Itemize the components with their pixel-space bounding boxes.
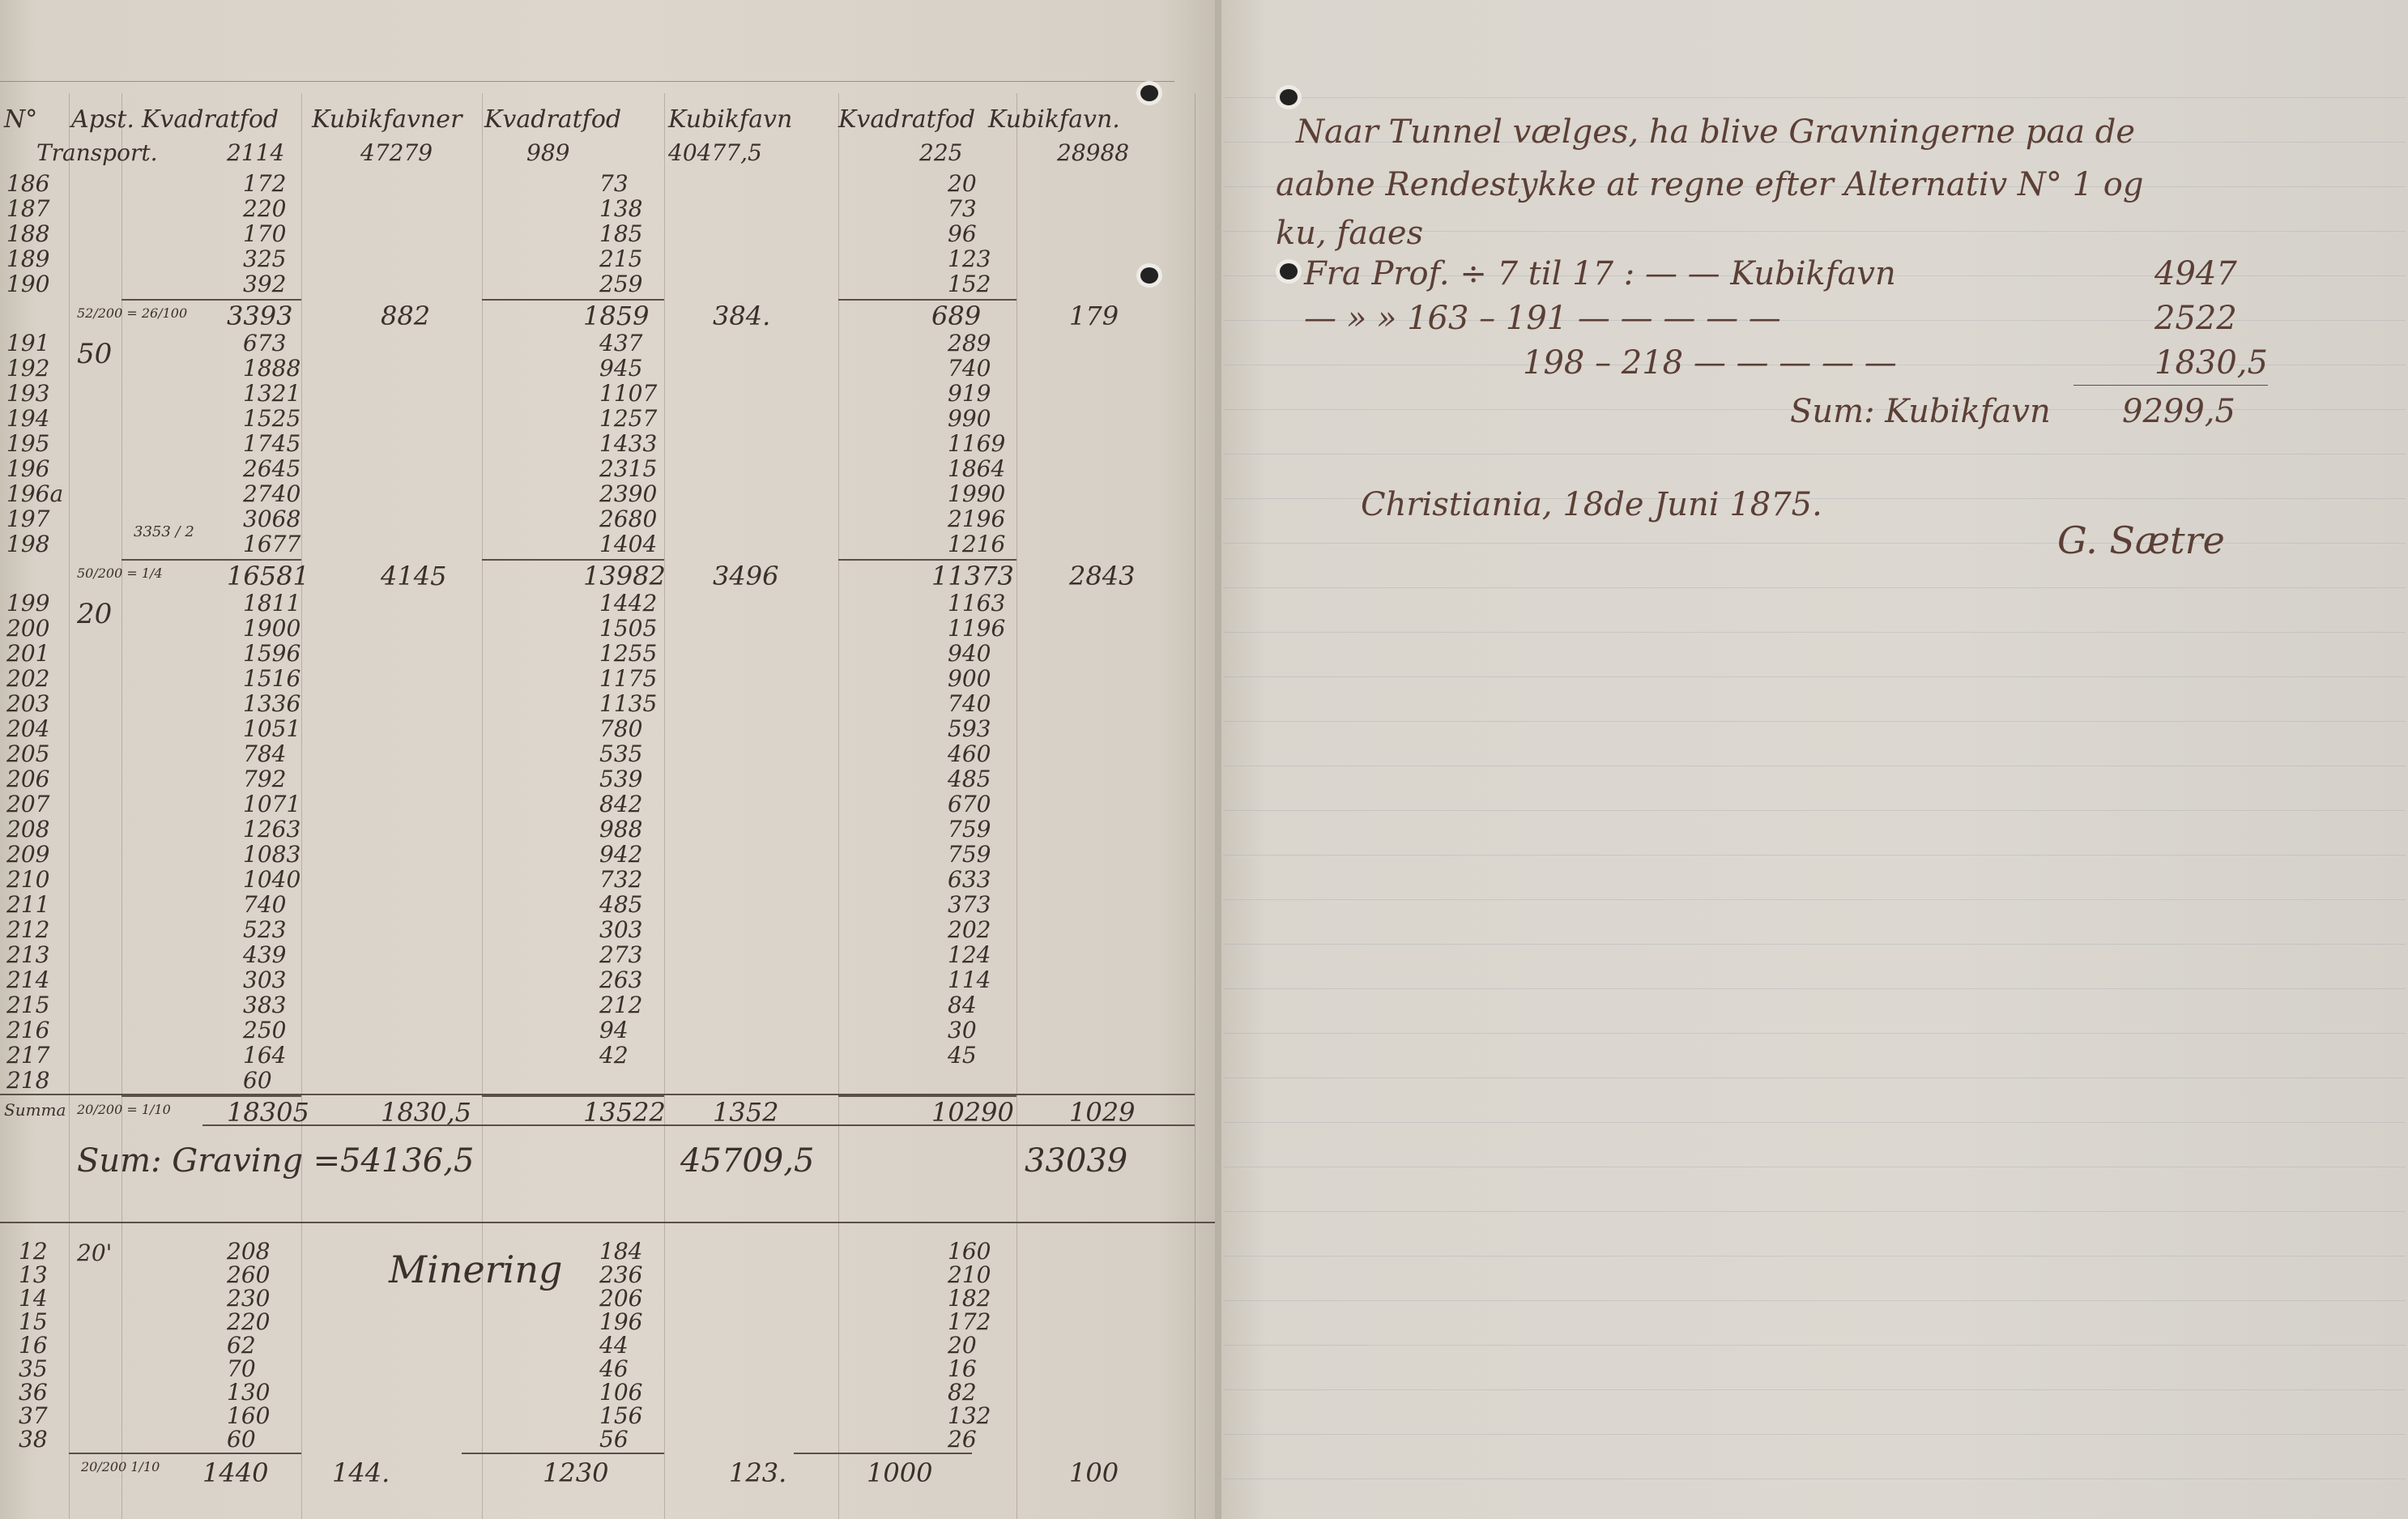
kvadratfod-1-value: 439 — [243, 941, 286, 968]
kvadratfod-1-value: 250 — [243, 1017, 286, 1043]
punch-hole — [1280, 263, 1298, 279]
kvadratfod-1-value: 383 — [243, 992, 286, 1018]
volume-line-1-label: Fra Prof. ÷ 7 til 17 : — — Kubikfavn — [1304, 255, 1896, 292]
kvadratfod-3-value: 45 — [948, 1042, 977, 1069]
header-kubikfavn-2: Kubikfavn — [668, 105, 792, 134]
kvadratfod-1-value: 784 — [243, 740, 286, 767]
header-kvadratfod-1: Kvadratfod — [142, 105, 279, 134]
sum-kubik-2: 3496 — [713, 561, 778, 591]
kvadratfod-2-value: 437 — [599, 330, 642, 356]
kvadratfod-2-value: 259 — [599, 271, 642, 297]
ruled-line — [1223, 1389, 2406, 1390]
kvadratfod-2-value: 945 — [599, 355, 642, 382]
row-number: 196 — [6, 455, 49, 482]
row-number: 204 — [6, 715, 49, 742]
kvadratfod-3-value: 1864 — [948, 455, 1005, 482]
kvadratfod-1-value: 1083 — [243, 841, 300, 868]
kvadratfod-3-value: 1163 — [948, 590, 1005, 617]
kvadratfod-1-value: 1071 — [243, 791, 300, 817]
kvadratfod-1-value: 792 — [243, 766, 286, 792]
total-label: Sum: Kubikfavn — [1790, 393, 2051, 430]
sum-rule — [2073, 385, 2268, 386]
punch-hole — [1280, 89, 1298, 105]
transport-kvadratfod-1: 2114 — [227, 139, 284, 166]
ruled-line — [1223, 676, 2406, 677]
kvadratfod-2-value: 2680 — [599, 506, 657, 532]
kvadratfod-2-value: 535 — [599, 740, 642, 767]
row-number: 191 — [6, 330, 49, 356]
sum-kubik-1: 4145 — [381, 561, 446, 591]
kvadratfod-1-value: 740 — [243, 891, 286, 918]
header-apst: Apst. — [71, 105, 134, 134]
volume-line-1-value: 4947 — [2154, 255, 2237, 292]
ruled-line — [1223, 1434, 2406, 1435]
kvadratfod-3-value: 759 — [948, 816, 991, 843]
sum-kvadratfod-2: 1230 — [543, 1457, 608, 1488]
kvadratfod-1-value: 172 — [243, 170, 286, 197]
sum-kubik-2: 123. — [729, 1457, 786, 1488]
kvadratfod-1-value: 303 — [243, 966, 286, 993]
row-number: 189 — [6, 245, 49, 272]
kvadratfod-1-value: 1051 — [243, 715, 300, 742]
ruled-line — [1223, 944, 2406, 945]
sum-kvadratfod-3: 1000 — [867, 1457, 932, 1488]
kvadratfod-2-value: 1175 — [599, 665, 657, 692]
column-rule — [664, 93, 665, 1519]
kvadratfod-3-value: 30 — [948, 1017, 977, 1043]
row-number: 195 — [6, 430, 49, 457]
kvadratfod-2-value: 1442 — [599, 590, 657, 617]
kvadratfod-1-value: 220 — [243, 195, 286, 222]
apst-value: 20' — [77, 1240, 112, 1266]
volume-line-3-label: 198 – 218 — — — — — — [1523, 344, 1897, 382]
kvadratfod-1-value: 673 — [243, 330, 286, 356]
kvadratfod-2-value: 185 — [599, 220, 642, 247]
kvadratfod-2-value: 485 — [599, 891, 642, 918]
kvadratfod-3-value: 460 — [948, 740, 991, 767]
kvadratfod-2-value: 1107 — [599, 380, 657, 407]
kvadratfod-3-value: 990 — [948, 405, 991, 432]
kvadratfod-1-value: 1525 — [243, 405, 300, 432]
note-line-3: ku, faaes — [1276, 215, 1423, 252]
row-number: 211 — [6, 891, 49, 918]
ruled-line — [1223, 810, 2406, 811]
ruled-line — [1223, 1167, 2406, 1167]
kvadratfod-3-value: 940 — [948, 640, 991, 667]
row-number: 202 — [6, 665, 49, 692]
row-number: 198 — [6, 531, 49, 557]
note-line-1: Naar Tunnel vælges, ha blive Gravningern… — [1296, 113, 2135, 151]
sum-graving-value-3: 33039 — [1025, 1142, 1127, 1180]
row-number: 210 — [6, 866, 49, 893]
kvadratfod-2-value: 42 — [599, 1042, 629, 1069]
side-note: 3353 / 2 — [134, 523, 194, 540]
kvadratfod-3-value: 1196 — [948, 615, 1005, 642]
volume-line-2-label: — » » 163 – 191 — — — — — — [1304, 300, 1781, 337]
kvadratfod-3-value: 202 — [948, 916, 991, 943]
ruled-line — [1223, 899, 2406, 900]
row-number: 187 — [6, 195, 49, 222]
kvadratfod-3-value: 740 — [948, 355, 991, 382]
header-kvadratfod-3: Kvadratfod — [838, 105, 975, 134]
kvadratfod-3-value: 114 — [948, 966, 991, 993]
row-number: 205 — [6, 740, 49, 767]
sum-kvadratfod-3: 11373 — [931, 561, 1014, 591]
punch-hole — [1140, 85, 1158, 101]
kvadratfod-3-value: 289 — [948, 330, 991, 356]
kvadratfod-1-value: 1516 — [243, 665, 300, 692]
sum-kvadratfod-1: 3393 — [227, 301, 292, 331]
ruled-line — [1223, 721, 2406, 722]
sum-kvadratfod-1: 1440 — [202, 1457, 268, 1488]
ruled-line — [1223, 1211, 2406, 1212]
kvadratfod-2-value: 780 — [599, 715, 642, 742]
sum-kvadratfod-3: 10290 — [931, 1097, 1014, 1128]
kvadratfod-3-value: 633 — [948, 866, 991, 893]
minering-title: Minering — [389, 1248, 562, 1291]
kvadratfod-2-value: 56 — [599, 1426, 629, 1453]
kvadratfod-2-value: 94 — [599, 1017, 629, 1043]
total-value: 9299,5 — [2122, 393, 2235, 430]
sum-rule — [794, 1453, 972, 1454]
kvadratfod-2-value: 273 — [599, 941, 642, 968]
header-kubikfavn-3: Kubikfavn. — [988, 105, 1120, 134]
row-number: 208 — [6, 816, 49, 843]
kvadratfod-1-value: 2645 — [243, 455, 300, 482]
volume-line-2-value: 2522 — [2154, 300, 2237, 337]
sum-graving-label: Sum: Graving = — [77, 1142, 340, 1180]
row-number: 194 — [6, 405, 49, 432]
sum-kubik-3: 179 — [1069, 301, 1119, 331]
kvadratfod-1-value: 170 — [243, 220, 286, 247]
ruled-line — [1223, 1300, 2406, 1301]
factor-note: 20/200 = 1/10 — [77, 1102, 171, 1117]
ruled-line — [1223, 1345, 2406, 1346]
volume-line-3-value: 1830,5 — [2154, 344, 2268, 382]
kvadratfod-3-value: 124 — [948, 941, 991, 968]
kvadratfod-3-value: 759 — [948, 841, 991, 868]
kvadratfod-2-value: 842 — [599, 791, 642, 817]
kvadratfod-2-value: 539 — [599, 766, 642, 792]
kvadratfod-2-value: 1433 — [599, 430, 657, 457]
transport-kubik-1: 47279 — [360, 139, 433, 166]
ruled-line — [1223, 454, 2406, 454]
kvadratfod-3-value: 900 — [948, 665, 991, 692]
factor-note: 50/200 = 1/4 — [77, 565, 163, 581]
row-number: 206 — [6, 766, 49, 792]
sum-kvadratfod-3: 689 — [931, 301, 981, 331]
row-number: 207 — [6, 791, 49, 817]
ruled-line — [1223, 1256, 2406, 1257]
kvadratfod-1-value: 1321 — [243, 380, 300, 407]
kvadratfod-3-value: 2196 — [948, 506, 1005, 532]
kvadratfod-3-value: 73 — [948, 195, 977, 222]
row-number: 196a — [6, 480, 63, 507]
kvadratfod-2-value: 1505 — [599, 615, 657, 642]
kvadratfod-1-value: 392 — [243, 271, 286, 297]
row-number: 209 — [6, 841, 49, 868]
factor-note: 52/200 = 26/100 — [77, 305, 187, 321]
row-number: 216 — [6, 1017, 49, 1043]
column-rule — [69, 93, 70, 1519]
kvadratfod-2-value: 1404 — [599, 531, 657, 557]
place-date: Christiania, 18de Juni 1875. — [1361, 486, 1822, 523]
kvadratfod-2-value: 732 — [599, 866, 642, 893]
sum-kubik-2: 1352 — [713, 1097, 778, 1128]
sum-kvadratfod-2: 13522 — [583, 1097, 666, 1128]
kvadratfod-2-value: 73 — [599, 170, 629, 197]
column-rule — [482, 93, 483, 1519]
kvadratfod-2-value: 215 — [599, 245, 642, 272]
kvadratfod-3-value: 20 — [948, 170, 977, 197]
kvadratfod-3-value: 593 — [948, 715, 991, 742]
kvadratfod-1-value: 164 — [243, 1042, 286, 1069]
kvadratfod-2-value: 1255 — [599, 640, 657, 667]
row-number: 192 — [6, 355, 49, 382]
sum-kvadratfod-2: 13982 — [583, 561, 666, 591]
kvadratfod-2-value: 942 — [599, 841, 642, 868]
row-number: 190 — [6, 271, 49, 297]
minering-top-rule — [0, 1222, 1215, 1223]
ruled-line — [1223, 1077, 2406, 1078]
kvadratfod-3-value: 96 — [948, 220, 977, 247]
kvadratfod-1-value: 1888 — [243, 355, 300, 382]
kvadratfod-2-value: 212 — [599, 992, 642, 1018]
ruled-line — [1223, 988, 2406, 989]
punch-hole — [1140, 267, 1158, 284]
kvadratfod-1-value: 3068 — [243, 506, 300, 532]
transport-kvadratfod-3: 225 — [919, 139, 962, 166]
kvadratfod-1-value: 325 — [243, 245, 286, 272]
factor-note: 20/200 1/10 — [81, 1459, 160, 1474]
sum-kvadratfod-1: 18305 — [227, 1097, 309, 1128]
apst-value: 50 — [77, 338, 112, 370]
header-kvadratfod-2: Kvadratfod — [484, 105, 621, 134]
kvadratfod-1-value: 1336 — [243, 690, 300, 717]
kvadratfod-3-value: 1216 — [948, 531, 1005, 557]
transport-label: Transport. — [36, 139, 157, 166]
sum-kubik-3: 2843 — [1069, 561, 1135, 591]
kvadratfod-1-value: 60 — [243, 1067, 272, 1094]
summa-double-rule — [202, 1124, 1195, 1126]
sum-kubik-2: 384. — [713, 301, 770, 331]
sum-kvadratfod-1: 16581 — [227, 561, 309, 591]
kvadratfod-2-value: 988 — [599, 816, 642, 843]
kvadratfod-2-value: 2315 — [599, 455, 657, 482]
column-rule — [1195, 93, 1195, 1519]
row-number: 218 — [6, 1067, 49, 1094]
ruled-line — [1223, 97, 2406, 98]
kvadratfod-3-value: 152 — [948, 271, 991, 297]
kvadratfod-2-value: 303 — [599, 916, 642, 943]
row-number: 38 — [19, 1426, 48, 1453]
kvadratfod-2-value: 1135 — [599, 690, 657, 717]
sum-rule — [462, 1453, 664, 1454]
ruled-line — [1223, 1033, 2406, 1034]
kvadratfod-2-value: 2390 — [599, 480, 657, 507]
header-top-rule — [0, 81, 1174, 82]
summa-label: Summa — [4, 1100, 66, 1120]
kvadratfod-2-value: 1257 — [599, 405, 657, 432]
sum-graving-value-1: 54136,5 — [340, 1142, 474, 1180]
row-number: 213 — [6, 941, 49, 968]
kvadratfod-3-value: 373 — [948, 891, 991, 918]
kvadratfod-3-value: 123 — [948, 245, 991, 272]
kvadratfod-1-value: 1596 — [243, 640, 300, 667]
row-number: 186 — [6, 170, 49, 197]
row-number: 212 — [6, 916, 49, 943]
ruled-line — [1223, 543, 2406, 544]
header-kubikfavner: Kubikfavner — [312, 105, 462, 134]
kvadratfod-1-value: 1811 — [243, 590, 300, 617]
ruled-line — [1223, 632, 2406, 633]
sum-kubik-1: 144. — [332, 1457, 390, 1488]
note-line-2: aabne Rendestykke at regne efter Alterna… — [1276, 166, 2143, 203]
kvadratfod-1-value: 1900 — [243, 615, 300, 642]
kvadratfod-3-value: 740 — [948, 690, 991, 717]
row-number: 203 — [6, 690, 49, 717]
sum-kubik-3: 1029 — [1069, 1097, 1135, 1128]
apst-value: 20 — [77, 598, 112, 630]
ruled-line — [1223, 1122, 2406, 1123]
row-number: 215 — [6, 992, 49, 1018]
row-number: 197 — [6, 506, 49, 532]
ruled-line — [1223, 587, 2406, 588]
row-number: 217 — [6, 1042, 49, 1069]
sum-rule — [69, 1453, 301, 1454]
kvadratfod-2-value: 263 — [599, 966, 642, 993]
sum-kvadratfod-2: 1859 — [583, 301, 649, 331]
kvadratfod-1-value: 1745 — [243, 430, 300, 457]
transport-kvadratfod-2: 989 — [526, 139, 569, 166]
row-number: 193 — [6, 380, 49, 407]
kvadratfod-1-value: 523 — [243, 916, 286, 943]
kvadratfod-3-value: 84 — [948, 992, 977, 1018]
kvadratfod-1-value: 1677 — [243, 531, 300, 557]
kvadratfod-3-value: 1990 — [948, 480, 1005, 507]
kvadratfod-1-value: 60 — [227, 1426, 256, 1453]
summa-rule — [0, 1094, 1195, 1095]
kvadratfod-1-value: 2740 — [243, 480, 300, 507]
transport-kubik-2: 40477,5 — [668, 139, 762, 166]
sum-graving-value-2: 45709,5 — [680, 1142, 814, 1180]
ruled-line — [1223, 855, 2406, 856]
row-number: 201 — [6, 640, 49, 667]
sum-kubik-1: 882 — [381, 301, 430, 331]
column-rule — [301, 93, 302, 1519]
kvadratfod-3-value: 919 — [948, 380, 991, 407]
kvadratfod-1-value: 1040 — [243, 866, 300, 893]
page-spine — [1215, 0, 1221, 1519]
sum-rule — [838, 299, 1016, 301]
row-number: 214 — [6, 966, 49, 993]
kvadratfod-3-value: 670 — [948, 791, 991, 817]
row-number: 188 — [6, 220, 49, 247]
row-number: 200 — [6, 615, 49, 642]
kvadratfod-2-value: 138 — [599, 195, 642, 222]
transport-kubik-3: 28988 — [1057, 139, 1129, 166]
column-rule — [1016, 93, 1017, 1519]
ruled-line — [1223, 766, 2406, 766]
kvadratfod-3-value: 485 — [948, 766, 991, 792]
row-number: 199 — [6, 590, 49, 617]
signature: G. Sætre — [2057, 518, 2225, 562]
kvadratfod-1-value: 1263 — [243, 816, 300, 843]
kvadratfod-3-value: 1169 — [948, 430, 1005, 457]
header-no: N° — [4, 105, 37, 134]
sum-kubik-1: 1830,5 — [381, 1097, 471, 1128]
column-rule — [838, 93, 839, 1519]
kvadratfod-3-value: 26 — [948, 1426, 977, 1453]
sum-kubik-3: 100 — [1069, 1457, 1119, 1488]
ruled-line — [1223, 1478, 2406, 1479]
